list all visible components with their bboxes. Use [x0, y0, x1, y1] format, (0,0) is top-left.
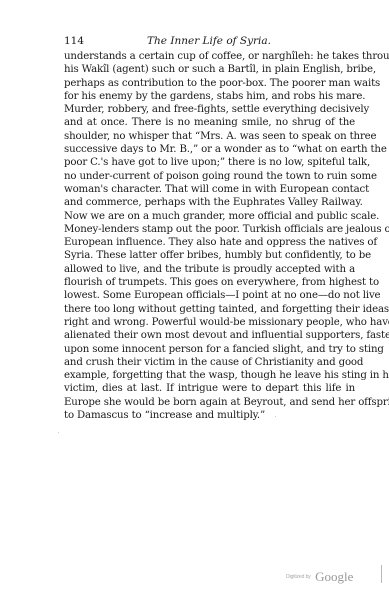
- text-line: there too long without getting tainted, …: [64, 303, 355, 316]
- text-line: Europe she would be born again at Beyrou…: [64, 396, 355, 409]
- page-edge-mark: [381, 565, 382, 583]
- text-line: and crush their victim in the cause of C…: [64, 356, 355, 369]
- text-line: and at once. There is no meaning smile, …: [64, 116, 355, 129]
- text-line: poor C.'s have got to live upon;” there …: [64, 156, 355, 169]
- text-line: no under-current of poison going round t…: [64, 170, 355, 183]
- book-page: 114 The Inner Life of Syria. understands…: [0, 0, 389, 599]
- text-line: successive days to Mr. B.,” or a wonder …: [64, 143, 355, 156]
- scan-speck: [275, 416, 276, 417]
- text-line: allowed to live, and the tribute is prou…: [64, 263, 355, 276]
- text-line: lowest. Some European officials—I point …: [64, 289, 355, 302]
- scan-speck: [58, 432, 59, 433]
- text-line: right and wrong. Powerful would-be missi…: [64, 316, 355, 329]
- text-line: Murder, robbery, and free-fights, settle…: [64, 103, 355, 116]
- text-line: Now we are on a much grander, more offic…: [64, 210, 355, 223]
- text-line: and commerce, perhaps with the Euphrates…: [64, 196, 355, 209]
- text-line: example, forgetting that the wasp, thoug…: [64, 369, 355, 382]
- text-line-last: to Damascus to “increase and multiply.”: [64, 409, 355, 422]
- body-text: understands a certain cup of coffee, or …: [64, 50, 355, 422]
- page-header: 114 The Inner Life of Syria.: [64, 34, 354, 48]
- text-line: upon some innocent person for a fancied …: [64, 343, 355, 356]
- text-line: perhaps as contribution to the poor-box.…: [64, 77, 355, 90]
- digitized-by-label: Digitized by: [286, 574, 311, 580]
- text-line: victim, dies at last. If intrigue were t…: [64, 382, 355, 395]
- digitized-watermark: Digitized by Google: [286, 568, 353, 586]
- google-logo: Google: [315, 569, 353, 584]
- text-line: European influence. They also hate and o…: [64, 236, 355, 249]
- text-line: Money-lenders stamp out the poor. Turkis…: [64, 223, 355, 236]
- text-line: his Wakîl (agent) such or such a Bartîl,…: [64, 63, 355, 76]
- text-line: flourish of trumpets. This goes on every…: [64, 276, 355, 289]
- text-line: alienated their own most devout and infl…: [64, 329, 355, 342]
- running-title: The Inner Life of Syria.: [64, 34, 354, 48]
- text-line: Syria. These latter offer bribes, humbly…: [64, 249, 355, 262]
- text-line: understands a certain cup of coffee, or …: [64, 50, 355, 63]
- text-line: shoulder, no whisper that “Mrs. A. was s…: [64, 130, 355, 143]
- text-line: woman's character. That will come in wit…: [64, 183, 355, 196]
- text-line: for his enemy by the gardens, stabs him,…: [64, 90, 355, 103]
